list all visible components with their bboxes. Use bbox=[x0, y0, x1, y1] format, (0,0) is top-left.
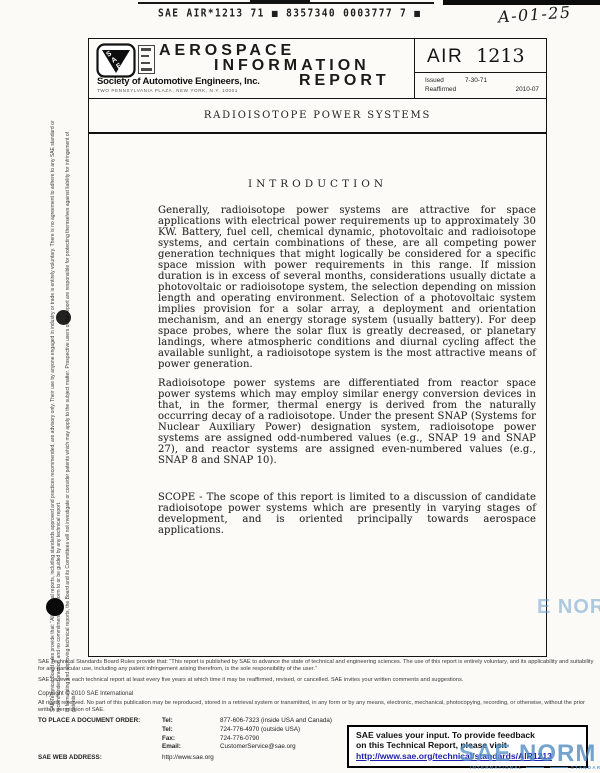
web-address-label: SAE WEB ADDRESS: bbox=[38, 754, 162, 763]
review-statement: SAE reviews each technical report at lea… bbox=[38, 677, 598, 684]
microfiche-header-code: SAE AIR*1213 71 ■ 8357340 0003777 7 ■ bbox=[158, 8, 421, 20]
document-header: S A E AEROSPACE INFORMATION REPORT Socie… bbox=[89, 39, 546, 99]
contact-label: Email: bbox=[162, 743, 220, 752]
watermark-sub-left: INTERNATIONAL bbox=[470, 765, 523, 770]
document-id-number: 1213 bbox=[476, 45, 524, 67]
document-body: INTRODUCTION Generally, radioisotope pow… bbox=[89, 134, 546, 536]
scan-edge-rule bbox=[250, 0, 310, 3]
logo-side-panel bbox=[138, 45, 155, 74]
margin-disclaimer-column-2: In formulating and approving technical r… bbox=[65, 112, 77, 712]
document-title: RADIOISOTOPE POWER SYSTEMS bbox=[204, 110, 431, 121]
handwritten-note: A-01-25 bbox=[497, 2, 572, 26]
web-address-value: http://www.sae.org bbox=[162, 754, 348, 763]
contact-label: Tel: bbox=[162, 726, 220, 735]
header-right-section: AIR1213 Issued 7-30-71 Reaffirmed 2010-0… bbox=[414, 39, 546, 98]
scanned-document-page: SAE AIR*1213 71 ■ 8357340 0003777 7 ■ A-… bbox=[0, 0, 600, 773]
sae-triangle-logo-icon: S A E bbox=[96, 43, 136, 78]
copyright-line: Copyright © 2010 SAE International bbox=[38, 691, 598, 697]
order-label: TO PLACE A DOCUMENT ORDER: bbox=[38, 717, 162, 726]
vendor-watermark-subtitle: INTERNATIONALSTANDARDS bbox=[470, 765, 600, 770]
document-id: AIR1213 bbox=[427, 45, 525, 68]
dates-panel: Issued 7-30-71 Reaffirmed 2010-07 bbox=[415, 72, 546, 98]
tsb-statement: SAE Technical Standards Board Rules prov… bbox=[38, 659, 598, 673]
body-paragraph: Radioisotope power systems are different… bbox=[158, 378, 536, 466]
margin-disclaimer-column-1: SAE Technical Board rules provide that: … bbox=[50, 112, 62, 712]
document-frame: S A E AEROSPACE INFORMATION REPORT Socie… bbox=[88, 38, 547, 657]
order-contact-block: TO PLACE A DOCUMENT ORDER: Tel: 877-606-… bbox=[38, 717, 348, 763]
watermark-brand-suffix: NORM bbox=[511, 740, 596, 767]
society-address: TWO PENNSYLVANIA PLAZA, NEW YORK, N.Y. 1… bbox=[97, 88, 238, 93]
contact-label: Fax: bbox=[162, 735, 220, 744]
reaffirmed-row: Reaffirmed 2010-07 bbox=[425, 85, 539, 94]
contact-value: 724-776-0790 bbox=[220, 735, 348, 744]
introduction-heading: INTRODUCTION bbox=[99, 178, 536, 190]
society-name: Society of Automotive Engineers, Inc. bbox=[97, 76, 260, 87]
punch-hole bbox=[46, 598, 64, 616]
contact-value: CustomerService@sae.org bbox=[220, 743, 348, 752]
contact-value: 724-776-4970 (outside USA) bbox=[220, 726, 348, 735]
title-band: RADIOISOTOPE POWER SYSTEMS bbox=[89, 99, 546, 134]
punch-hole bbox=[56, 310, 71, 325]
report-type-word-3: REPORT bbox=[299, 72, 390, 90]
scan-edge-rule-thick bbox=[443, 0, 600, 5]
issued-row: Issued 7-30-71 bbox=[425, 76, 539, 85]
watermark-brand-prefix: SAE bbox=[459, 740, 511, 767]
document-id-prefix: AIR bbox=[427, 46, 463, 67]
feedback-line-1: SAE values your input. To provide feedba… bbox=[356, 730, 579, 740]
contact-value: 877-606-7323 (inside USA and Canada) bbox=[220, 717, 348, 726]
body-paragraph: Generally, radioisotope power systems ar… bbox=[158, 205, 536, 370]
contact-label: Tel: bbox=[162, 717, 220, 726]
rights-statement: All rights reserved. No part of this pub… bbox=[38, 700, 598, 714]
header-left-section: S A E AEROSPACE INFORMATION REPORT Socie… bbox=[89, 39, 414, 98]
issued-label: Issued bbox=[425, 76, 465, 85]
issued-date: 7-30-71 bbox=[465, 76, 487, 85]
watermark-sub-right: STANDARDS bbox=[571, 765, 600, 770]
reaffirmed-date: 2010-07 bbox=[516, 85, 539, 94]
reaffirmed-label: Reaffirmed bbox=[425, 85, 465, 94]
vendor-watermark-partial: E NORM bbox=[537, 596, 600, 619]
vendor-watermark: SAE NORM bbox=[459, 740, 596, 768]
scope-paragraph: SCOPE - The scope of this report is limi… bbox=[158, 492, 536, 536]
